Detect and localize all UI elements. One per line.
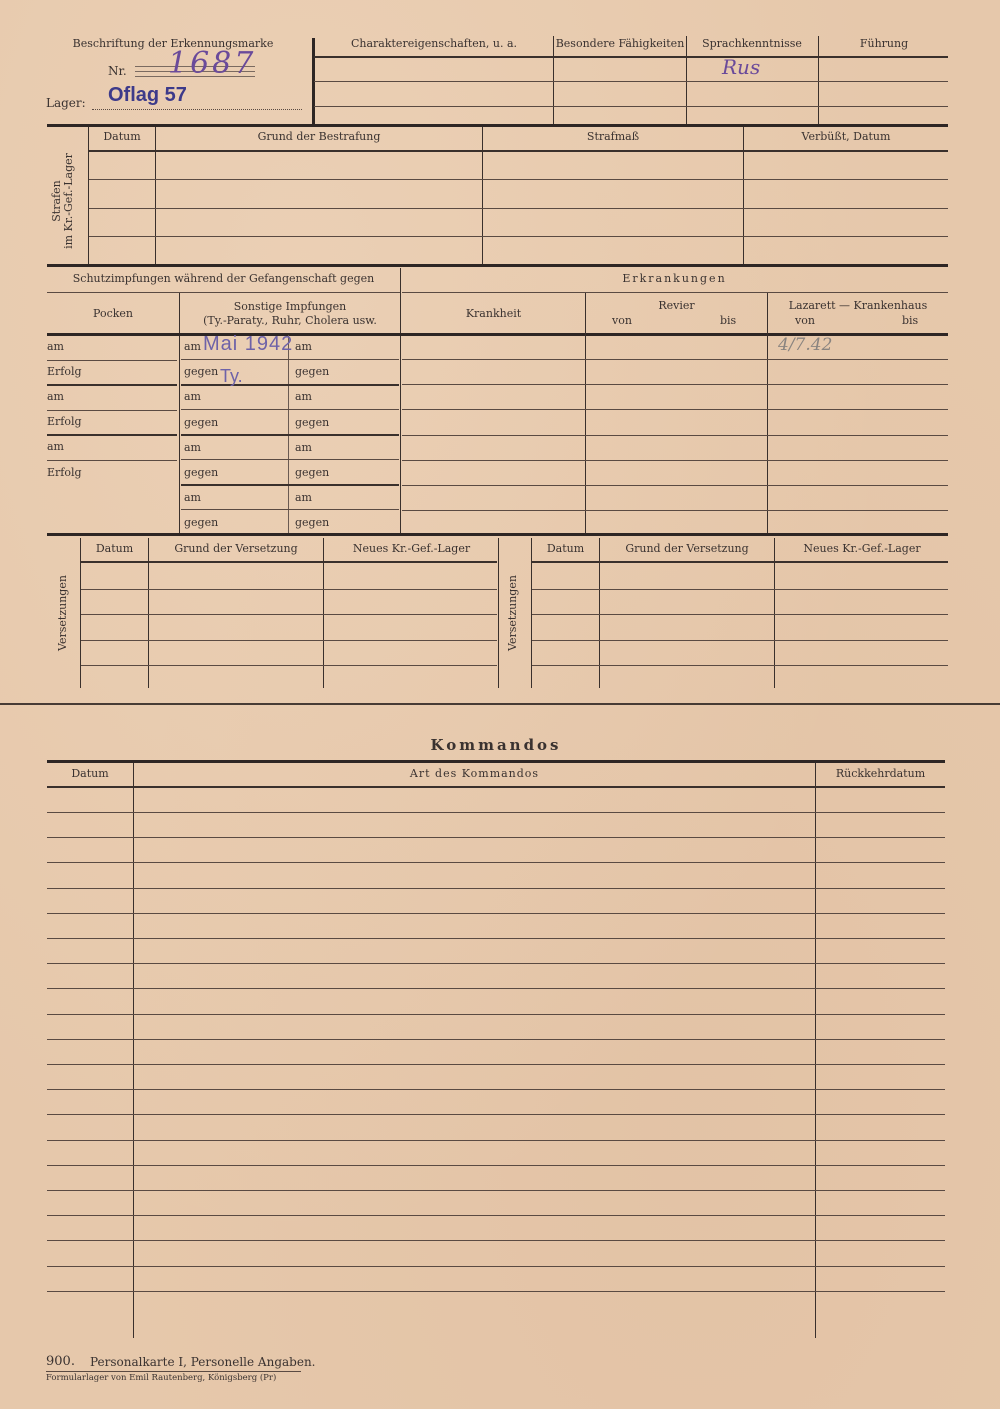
sonstige-gegen-b1: gegen [295, 365, 329, 379]
kommando-row-line[interactable] [47, 1140, 945, 1141]
sonstige-am-a4: am [184, 491, 201, 505]
sonstige-am-a2: am [184, 390, 201, 404]
kommando-row-line[interactable] [47, 888, 945, 889]
versetzungen-side-label-right: Versetzungen [507, 563, 521, 663]
erkrankungen-title: Erkrankungen [401, 272, 948, 286]
sonstige-am-b2: am [295, 390, 312, 404]
kommandos-title: Kommandos [47, 736, 945, 754]
sonstige-am-a1: am [184, 340, 201, 354]
col-revier: Revier [586, 299, 767, 313]
col-lazarett: Lazarett — Krankenhaus [768, 299, 948, 313]
form-number: 900. [46, 1355, 75, 1369]
col-sonstige-line1: Sonstige Impfungen [180, 300, 400, 314]
strafen-row[interactable] [89, 208, 948, 209]
sonstige-gegen-b3: gegen [295, 466, 329, 480]
sonstige-gegen-a4: gegen [184, 516, 218, 530]
lazarett-entry[interactable]: 4/7.42 [778, 336, 832, 355]
revier-bis: bis [720, 314, 736, 328]
kommando-row-line[interactable] [47, 938, 945, 939]
kommando-row-line[interactable] [47, 963, 945, 964]
sonstige-gegen-a1: gegen [184, 365, 218, 379]
pocken-am-2: am [47, 390, 64, 404]
col-krankheit: Krankheit [402, 307, 585, 321]
lager-label: Lager: [46, 96, 86, 110]
kommandos-col-rueckkehr: Rückkehrdatum [816, 767, 945, 781]
kommando-row-line[interactable] [47, 1215, 945, 1216]
sonstige-am-a3: am [184, 441, 201, 455]
kommando-row-line[interactable] [47, 1089, 945, 1090]
sonstige-gegen-a3: gegen [184, 466, 218, 480]
vaccination-date-stamp[interactable]: Mai 1942 [203, 333, 293, 355]
nr-label: Nr. [108, 64, 127, 78]
form-sheet: Beschriftung der Erkennungsmarke Nr. 168… [0, 0, 1000, 1409]
lazarett-von: von [795, 314, 815, 328]
versetzungen-left-col-grund: Grund der Versetzung [149, 542, 323, 556]
sonstige-gegen-a2: gegen [184, 416, 218, 430]
kommando-row-line[interactable] [47, 1165, 945, 1166]
kommando-row-line[interactable] [47, 1039, 945, 1040]
revier-von: von [612, 314, 632, 328]
kommando-row-line[interactable] [47, 812, 945, 813]
kommando-row-line[interactable] [47, 988, 945, 989]
col-sprachkenntnisse: Sprachkenntnisse [687, 37, 817, 51]
kommando-row-line[interactable] [47, 913, 945, 914]
pocken-am-1: am [47, 340, 64, 354]
sonstige-gegen-b4: gegen [295, 516, 329, 530]
form-title: Personalkarte I, Personelle Angaben. [90, 1355, 315, 1369]
kommando-row-line[interactable] [47, 862, 945, 863]
sonstige-am-b1: am [295, 340, 312, 354]
strafen-row[interactable] [89, 236, 948, 237]
pocken-erfolg-2: Erfolg [47, 415, 82, 429]
fold-line [0, 703, 1000, 705]
versetzungen-left-col-datum: Datum [81, 542, 148, 556]
kommando-row-line[interactable] [47, 837, 945, 838]
strafen-row[interactable] [89, 179, 948, 180]
strafen-col-verbuesst: Verbüßt, Datum [744, 130, 948, 144]
tag-number-value[interactable]: 1687 [168, 48, 256, 80]
kommando-row-line[interactable] [47, 1266, 945, 1267]
publisher-imprint: Formularlager von Emil Rautenberg, König… [46, 1373, 276, 1383]
kommando-row-line[interactable] [47, 1064, 945, 1065]
kommando-row-line[interactable] [47, 1240, 945, 1241]
sprachkenntnisse-value[interactable]: Rus [722, 56, 760, 78]
strafen-col-strafmass: Strafmaß [483, 130, 743, 144]
kommando-row-line[interactable] [47, 1190, 945, 1191]
lazarett-bis: bis [902, 314, 918, 328]
versetzungen-side-label-left: Versetzungen [57, 563, 71, 663]
kommando-row-line[interactable] [47, 1014, 945, 1015]
pocken-am-3: am [47, 440, 64, 454]
lager-value[interactable]: Oflag 57 [108, 84, 187, 106]
sonstige-am-b4: am [295, 491, 312, 505]
col-faehigkeiten: Besondere Fähigkeiten [554, 37, 686, 51]
pocken-erfolg-3: Erfolg [47, 466, 82, 480]
strafen-col-datum: Datum [89, 130, 155, 144]
col-charakter: Charaktereigenschaften, u. a. [315, 37, 553, 51]
kommando-row-line[interactable] [47, 1291, 945, 1292]
impfungen-title: Schutzimpfungen während der Gefangenscha… [47, 272, 400, 286]
kommandos-col-art: Art des Kommandos [134, 767, 815, 781]
vaccination-type-stamp[interactable]: Ty. [220, 366, 243, 386]
col-pocken: Pocken [47, 307, 179, 321]
kommando-row-line[interactable] [47, 1114, 945, 1115]
versetzungen-right-col-lager: Neues Kr.-Gef.-Lager [775, 542, 949, 556]
strafen-col-grund: Grund der Bestrafung [156, 130, 482, 144]
versetzungen-right-col-datum: Datum [532, 542, 599, 556]
versetzungen-right-col-grund: Grund der Versetzung [600, 542, 774, 556]
pocken-erfolg-1: Erfolg [47, 365, 82, 379]
strafen-side-label: Strafen im Kr.-Gef.-Lager [51, 141, 81, 261]
col-sonstige-line2: (Ty.-Paraty., Ruhr, Cholera usw. [180, 314, 400, 328]
sonstige-gegen-b2: gegen [295, 416, 329, 430]
col-fuehrung: Führung [819, 37, 949, 51]
versetzungen-left-col-lager: Neues Kr.-Gef.-Lager [324, 542, 499, 556]
kommandos-col-datum: Datum [47, 767, 133, 781]
sonstige-am-b3: am [295, 441, 312, 455]
